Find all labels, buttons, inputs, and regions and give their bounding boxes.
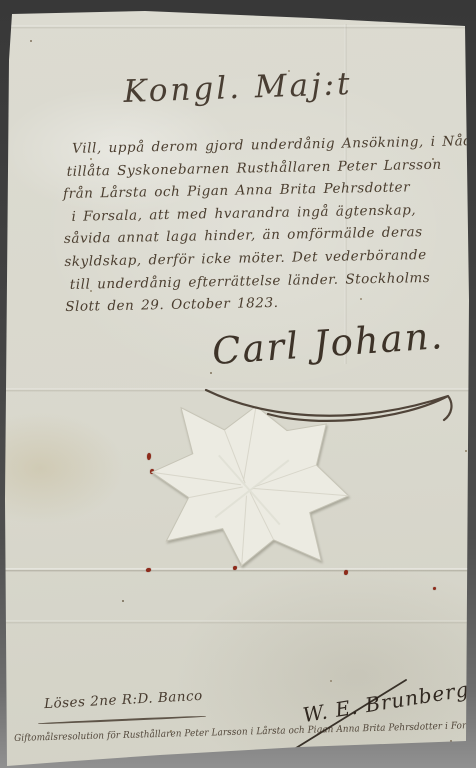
- wax-spot: [433, 587, 436, 590]
- fee-annotation: Löses 2ne R:D. Banco: [44, 688, 203, 712]
- foxing-specks: [30, 40, 32, 42]
- fold-crease-top: [0, 25, 476, 29]
- signature-flourish: [198, 368, 468, 428]
- wax-spot: [344, 570, 348, 575]
- document-heading: Kongl. Maj:t: [0, 62, 476, 115]
- document-body: Vill, uppå derom gjord underdånig Ansökn…: [62, 130, 463, 318]
- photo-backdrop: Kongl. Maj:t Vill, uppå derom gjord unde…: [0, 0, 476, 768]
- fee-annotation-underline: [38, 715, 206, 724]
- fold-crease-lower: [0, 620, 476, 624]
- royal-signature: Carl Johan.: [211, 314, 446, 373]
- document-paper: Kongl. Maj:t Vill, uppå derom gjord unde…: [0, 0, 476, 768]
